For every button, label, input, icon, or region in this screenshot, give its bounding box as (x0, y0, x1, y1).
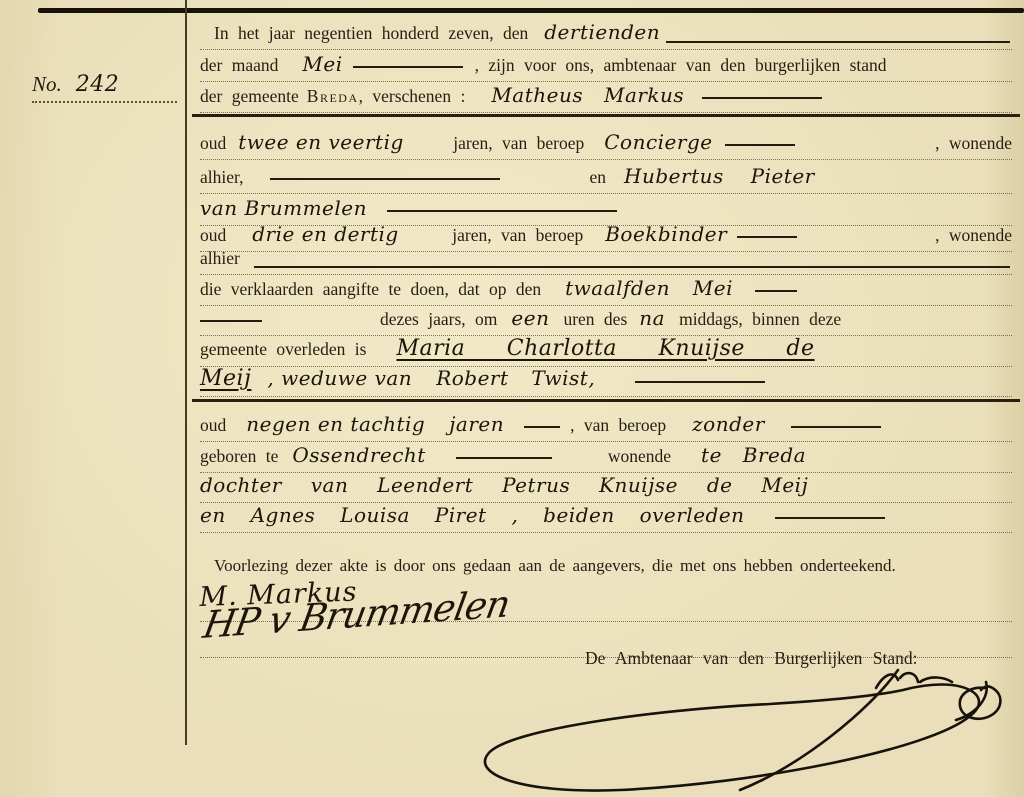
blank-dash (791, 426, 881, 428)
act-number: No. 242 (32, 72, 177, 103)
blank-line (254, 266, 1010, 268)
section-divider-rule (192, 399, 1020, 402)
deceased-beroep-handwritten: zonder (692, 412, 765, 436)
deceased-age-handwritten: negen en tachtig (246, 412, 425, 436)
declarant1-alhier-line: alhier, en Hubertus Pieter (200, 164, 1012, 194)
gemeente-label: der gemeente (200, 86, 299, 107)
blank-dash (200, 320, 262, 322)
declarant1-age-handwritten: twee en veertig (238, 130, 453, 154)
oud-label: oud (200, 225, 226, 246)
oud-label: oud (200, 415, 226, 436)
daypart-handwritten: na (639, 306, 665, 330)
en-label: en (590, 167, 607, 188)
middags-text: middags, binnen deze (679, 309, 841, 330)
geboren-te-label: geboren te (200, 446, 278, 467)
blank-dash (524, 426, 560, 428)
officer-signature-flourish (448, 662, 1008, 792)
verschenen-label: , verschenen : (359, 86, 466, 107)
dezes-jaars-text: dezes jaars, om (380, 309, 497, 330)
declarant2-surname-handwritten: van Brummelen (200, 196, 367, 220)
intro-line-1: In het jaar negentien honderd zeven, den… (200, 20, 1012, 50)
declarant2-name-handwritten: Hubertus Pieter (624, 164, 815, 188)
blank-dash (775, 517, 885, 519)
parents-line-1: dochter van Leendert Petrus Knuijse de M… (200, 473, 1012, 503)
blank-dash (456, 457, 552, 459)
intro-line-2: der maand Mei , zijn voor ons, ambtenaar… (200, 52, 1012, 82)
act-month-handwritten: Mei (302, 52, 342, 76)
blank-dash (725, 144, 795, 146)
declaration-text: die verklaarden aangifte te doen, dat op… (200, 279, 541, 300)
mother-handwritten: en Agnes Louisa Piret , beiden overleden (200, 503, 745, 527)
declarant1-beroep-handwritten: Concierge (604, 130, 712, 154)
intro-line-3: der gemeente Breda , verschenen : Matheu… (200, 83, 1012, 113)
declaration-line-1: die verklaarden aangifte te doen, dat op… (200, 276, 1012, 306)
intro-officials-text: , zijn voor ons, ambtenaar van den burge… (475, 55, 887, 76)
oud-label: oud (200, 133, 226, 154)
death-hour-handwritten: een (511, 306, 549, 330)
overleden-is-label: gemeente overleden is (200, 339, 366, 360)
death-certificate-page: No. 242 In het jaar negentien honderd ze… (0, 0, 1024, 797)
section-divider-rule (192, 114, 1020, 117)
blank-line (666, 41, 1010, 43)
father-handwritten: dochter van Leendert Petrus Knuijse de M… (200, 473, 808, 497)
deceased-name-line-2: Meij , weduwe van Robert Twist, (200, 366, 1012, 397)
deceased-name-handwritten: Maria Charlotta Knuijse de (396, 336, 814, 361)
act-day-handwritten: dertienden (544, 20, 660, 44)
beroep-label: , van beroep (570, 415, 666, 436)
wonende-label: wonende (608, 446, 671, 467)
blank-dash (737, 236, 797, 238)
beroep-label: jaren, van beroep (452, 225, 583, 246)
voorlezing-text: Voorlezing dezer akte is door ons gedaan… (214, 556, 896, 576)
weduwe-van-handwritten: , weduwe van (267, 366, 412, 390)
deceased-surname-handwritten: Meij (200, 366, 251, 391)
alhier-label: alhier, (200, 167, 244, 188)
beroep-label: jaren, van beroep (453, 133, 584, 154)
blank-dash (702, 97, 822, 99)
blank-dash (387, 210, 617, 212)
deceased-age-line: oud negen en tachtig jaren , van beroep … (200, 412, 1012, 442)
declarant2-alhier-line: alhier (200, 248, 1012, 275)
parents-line-2: en Agnes Louisa Piret , beiden overleden (200, 503, 1012, 533)
declarant2-beroep-handwritten: Boekbinder (605, 222, 727, 246)
act-number-value: 242 (76, 72, 120, 97)
death-date-handwritten: twaalfden Mei (565, 276, 733, 300)
declarant1-name-handwritten: Matheus Markus (491, 83, 684, 107)
gemeente-name: Breda (307, 86, 359, 107)
wonende-label: , wonende (935, 133, 1012, 154)
blank-dash (755, 290, 797, 292)
intro-year-text: In het jaar negentien honderd zeven, den (214, 23, 528, 44)
month-label: der maand (200, 55, 278, 76)
declarant1-age-line: oud twee en veertig jaren, van beroep Co… (200, 130, 1012, 160)
birthplace-handwritten: Ossendrecht (292, 443, 425, 467)
blank-dash (353, 66, 463, 68)
wonende-label: , wonende (935, 225, 1012, 246)
declarant2-age-handwritten: drie en dertig (252, 222, 452, 246)
residence-handwritten: te Breda (701, 443, 806, 467)
deceased-name-line-1: gemeente overleden is Maria Charlotta Kn… (200, 336, 1012, 367)
declaration-line-2: dezes jaars, om een uren des na middags,… (200, 306, 1012, 336)
blank-dash (270, 178, 500, 180)
blank-dash (635, 381, 765, 383)
act-number-label: No. (32, 72, 62, 97)
margin-vertical-rule (185, 0, 187, 745)
uren-des-label: uren des (563, 309, 627, 330)
late-husband-handwritten: Robert Twist, (436, 366, 595, 390)
jaren-handwritten: jaren (449, 412, 504, 436)
deceased-birthplace-line: geboren te Ossendrecht wonende te Breda (200, 443, 1012, 473)
alhier-label: alhier (200, 248, 240, 269)
